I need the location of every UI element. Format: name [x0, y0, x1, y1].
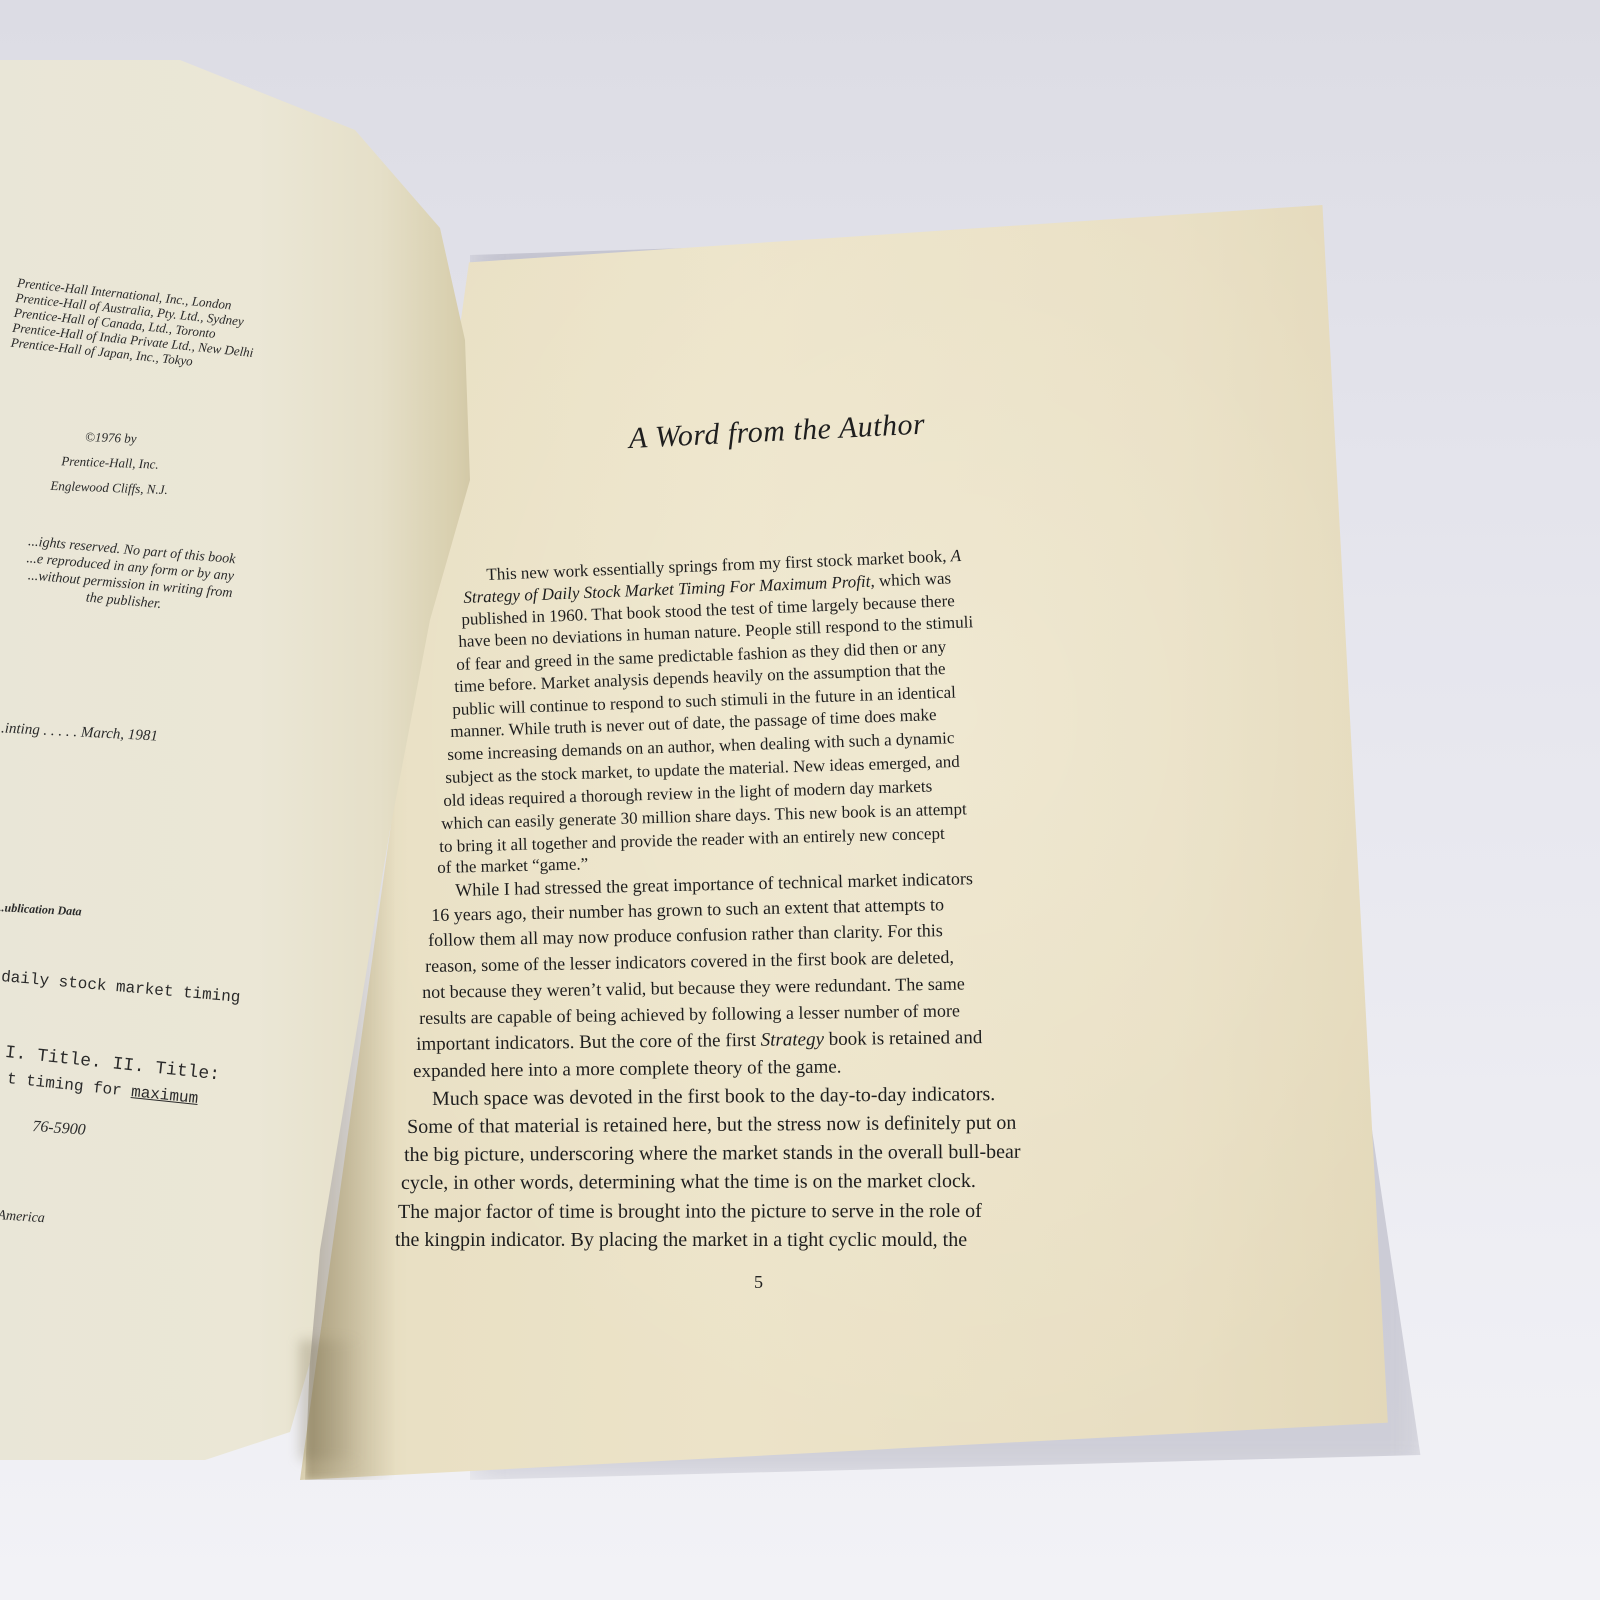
text-line: Much space was devoted in the first book…	[432, 1083, 995, 1111]
text-line: Some of that material is retained here, …	[407, 1112, 1016, 1139]
left-page-edge-shadow	[300, 1340, 360, 1460]
country-of-printing: America	[0, 1208, 45, 1227]
text-line: The major factor of time is brought into…	[398, 1200, 982, 1224]
text-line-content: which was	[874, 568, 951, 590]
page-number: 5	[754, 1272, 763, 1293]
text-line-content: book is retained and	[824, 1027, 983, 1050]
text-line: of the market “game.”	[437, 854, 588, 878]
copyright-notice: ©1976 by Prentice-Hall, Inc. Englewood C…	[29, 422, 192, 503]
text-line: expanded here into a more complete theor…	[413, 1057, 842, 1083]
catalog-number: 76-5900	[32, 1118, 86, 1140]
book-title-italic: Strategy	[761, 1029, 825, 1051]
text-line: the big picture, underscoring where the …	[404, 1141, 1021, 1167]
photo-scene: Prentice-Hall International, Inc., Londo…	[0, 0, 1600, 1600]
text-line: cycle, in other words, determining what …	[401, 1170, 976, 1195]
text-line: the kingpin indicator. By placing the ma…	[395, 1229, 967, 1252]
book-title-italic: A	[950, 546, 961, 565]
text-line-content: important indicators. But the core of th…	[416, 1030, 761, 1055]
